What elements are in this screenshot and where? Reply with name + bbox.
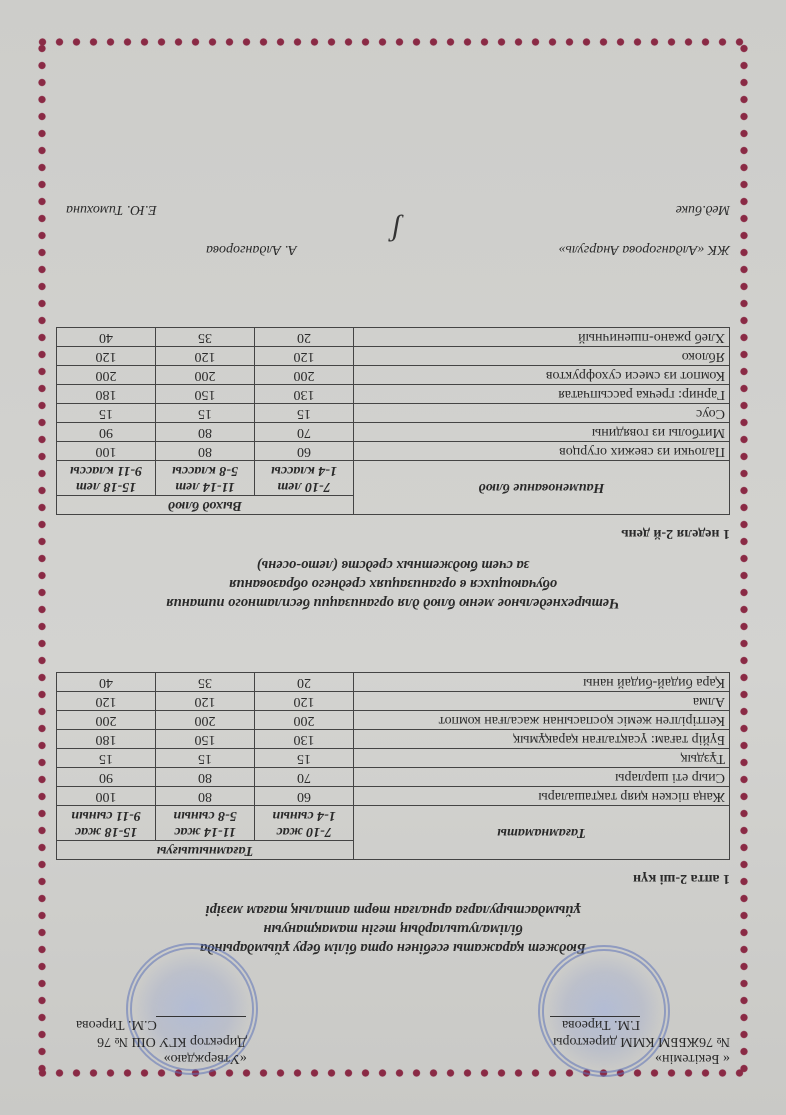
portion-value: 60 [255, 442, 354, 461]
grade-label: 9-11 сынып [61, 807, 151, 823]
table-row: Соус151515 [57, 404, 730, 423]
border-dots-left [738, 38, 750, 1077]
portion-value: 200 [57, 366, 156, 385]
dish-name: Жаңа піскен қияр тақташалары [354, 787, 730, 806]
portion-value: 120 [255, 347, 354, 366]
kz-day-label: 1 апта 2-ші күн [56, 870, 730, 886]
portion-value: 35 [156, 673, 255, 692]
dish-name: Гарнир: гречка рассыпчатая [354, 385, 730, 404]
footer-role: Мед.бике [676, 201, 730, 217]
approval-right-name: С.М. Тиреова [76, 1016, 247, 1033]
age-column-header: 11-14 лет5-8 классы [156, 461, 255, 496]
portion-value: 150 [156, 730, 255, 749]
grade-label: 9-11 классы [61, 462, 151, 478]
footer-signatures: ЖК «Алдангорова Анаргуль» А. Алдангорова… [56, 187, 730, 307]
portion-value: 90 [57, 423, 156, 442]
footer-role-name: Е.Ю. Тимохина [66, 201, 157, 217]
portion-value: 200 [255, 366, 354, 385]
kz-menu-table: ТағамнаматыТағамнышығуы7-10 жас1-4 сынып… [56, 672, 730, 860]
dish-header: Тағамнаматы [354, 806, 730, 860]
age-column-header: 15-18 лет9-11 классы [57, 461, 156, 496]
portion-value: 40 [57, 673, 156, 692]
portion-value: 120 [156, 347, 255, 366]
dish-name: Сиыр еті шарлары [354, 768, 730, 787]
signature-line [156, 1016, 246, 1017]
dish-name: Палочки из свежих огурцов [354, 442, 730, 461]
border-dots-right [36, 38, 48, 1077]
approval-left-position: № 76ЖББМ КММ директоры [553, 1033, 730, 1050]
dish-name: Хлеб ржано-пшеничный [354, 328, 730, 347]
dish-name: Кептірілген жеміс қоспасынан жасалған ко… [354, 711, 730, 730]
portion-value: 15 [57, 749, 156, 768]
age-column-header: 15-18 жас9-11 сынып [57, 806, 156, 841]
grade-label: 5-8 классы [160, 462, 250, 478]
grade-label: 5-8 сынып [160, 807, 250, 823]
portion-value: 80 [156, 768, 255, 787]
dish-name: Яблоко [354, 347, 730, 366]
table-row: Жаңа піскен қияр тақташалары6080100 [57, 787, 730, 806]
table-row: Гарнир: гречка рассыпчатая130150180 [57, 385, 730, 404]
table-row: Бүйір тағам: үсақталған қарақұмық1301501… [57, 730, 730, 749]
dish-name: Алма [354, 692, 730, 711]
portion-value: 200 [156, 711, 255, 730]
age-label: 15-18 жас [61, 823, 151, 839]
dish-header: Наименование блюд [354, 461, 730, 515]
signature-icon: ʃ [391, 213, 400, 247]
portion-value: 200 [156, 366, 255, 385]
table-row: Қара бидай-бидай наны203540 [57, 673, 730, 692]
portion-value: 180 [57, 385, 156, 404]
approval-left-title: « Бекітемін» [553, 1050, 730, 1067]
portion-value: 80 [156, 787, 255, 806]
portion-value: 15 [156, 404, 255, 423]
footer-org-name: А. Алдангорова [206, 241, 297, 257]
dish-name: Тұздық [354, 749, 730, 768]
approval-right: «Утверждаю» Директор КГУ ОШ № 76 С.М. Ти… [76, 1016, 247, 1067]
portion-value: 80 [156, 442, 255, 461]
age-label: 7-10 лет [259, 478, 349, 494]
portion-value: 20 [255, 673, 354, 692]
age-label: 7-10 жас [259, 823, 349, 839]
portion-value: 120 [57, 692, 156, 711]
approval-left: « Бекітемін» № 76ЖББМ КММ директоры Г.М.… [553, 1016, 730, 1067]
portion-value: 120 [255, 692, 354, 711]
approval-block: « Бекітемін» № 76ЖББМ КММ директоры Г.М.… [56, 957, 730, 1067]
portion-value: 15 [255, 749, 354, 768]
dish-name: Қара бидай-бидай наны [354, 673, 730, 692]
table-row: Компот из смеси сухофруктов200200200 [57, 366, 730, 385]
table-row: Сиыр еті шарлары708090 [57, 768, 730, 787]
approval-right-title: «Утверждаю» [76, 1050, 247, 1067]
output-header: Выход блюд [57, 496, 354, 515]
border-dots-bottom [38, 36, 748, 48]
age-label: 11-14 лет [160, 478, 250, 494]
signature-line [550, 1016, 640, 1017]
document-page: « Бекітемін» № 76ЖББМ КММ директоры Г.М.… [0, 0, 786, 1115]
age-column-header: 11-14 жас5-8 сынып [156, 806, 255, 841]
portion-value: 40 [57, 328, 156, 347]
age-column-header: 7-10 жас1-4 сынып [255, 806, 354, 841]
portion-value: 120 [57, 347, 156, 366]
grade-label: 1-4 классы [259, 462, 349, 478]
portion-value: 15 [57, 404, 156, 423]
kz-title-line: ұйымдастыруларға арналған төрт апталық т… [56, 900, 730, 919]
ru-title-line: обучающихся в организациях среднего обра… [56, 574, 730, 593]
dish-name: Бүйір тағам: үсақталған қарақұмық [354, 730, 730, 749]
approval-left-name: Г.М. Тирeова [553, 1016, 730, 1033]
portion-value: 130 [255, 385, 354, 404]
kz-title: Бюджет қаражаты есебінен орта білім беру… [56, 900, 730, 957]
dish-name: Компот из смеси сухофруктов [354, 366, 730, 385]
portion-value: 15 [156, 749, 255, 768]
grade-label: 1-4 сынып [259, 807, 349, 823]
portion-value: 180 [57, 730, 156, 749]
portion-value: 200 [255, 711, 354, 730]
ru-title-line: за счет бюджетных средств (лето-осень) [56, 555, 730, 574]
footer-org: ЖК «Алдангорова Анаргуль» [558, 241, 730, 257]
portion-value: 90 [57, 768, 156, 787]
age-label: 15-18 лет [61, 478, 151, 494]
portion-value: 150 [156, 385, 255, 404]
age-label: 11-14 жас [160, 823, 250, 839]
dish-name: Соус [354, 404, 730, 423]
table-row: Алма120120120 [57, 692, 730, 711]
table-row: Кептірілген жеміс қоспасынан жасалған ко… [57, 711, 730, 730]
kz-title-line: білімалушылардың тегін тамақтануын [56, 919, 730, 938]
portion-value: 15 [255, 404, 354, 423]
portion-value: 20 [255, 328, 354, 347]
table-row: Хлеб ржано-пшеничный203540 [57, 328, 730, 347]
approval-right-position: Директор КГУ ОШ № 76 [76, 1033, 247, 1050]
border-dots-top [38, 1067, 748, 1079]
portion-value: 70 [255, 423, 354, 442]
age-column-header: 7-10 лет1-4 классы [255, 461, 354, 496]
output-header: Тағамнышығуы [57, 841, 354, 860]
portion-value: 100 [57, 442, 156, 461]
table-row: Яблоко120120120 [57, 347, 730, 366]
portion-value: 130 [255, 730, 354, 749]
dish-name: Митболы из говядины [354, 423, 730, 442]
table-row: Тұздық151515 [57, 749, 730, 768]
portion-value: 100 [57, 787, 156, 806]
portion-value: 120 [156, 692, 255, 711]
ru-title: Четырехнедельное меню блюд для организац… [56, 555, 730, 612]
portion-value: 60 [255, 787, 354, 806]
portion-value: 70 [255, 768, 354, 787]
ru-menu-table: Наименование блюдВыход блюд7-10 лет1-4 к… [56, 327, 730, 515]
portion-value: 80 [156, 423, 255, 442]
portion-value: 200 [57, 711, 156, 730]
portion-value: 35 [156, 328, 255, 347]
ru-day-label: 1 неделя 2-й день [56, 525, 730, 541]
table-row: Палочки из свежих огурцов6080100 [57, 442, 730, 461]
table-row: Митболы из говядины708090 [57, 423, 730, 442]
ru-title-line: Четырехнедельное меню блюд для организац… [56, 593, 730, 612]
